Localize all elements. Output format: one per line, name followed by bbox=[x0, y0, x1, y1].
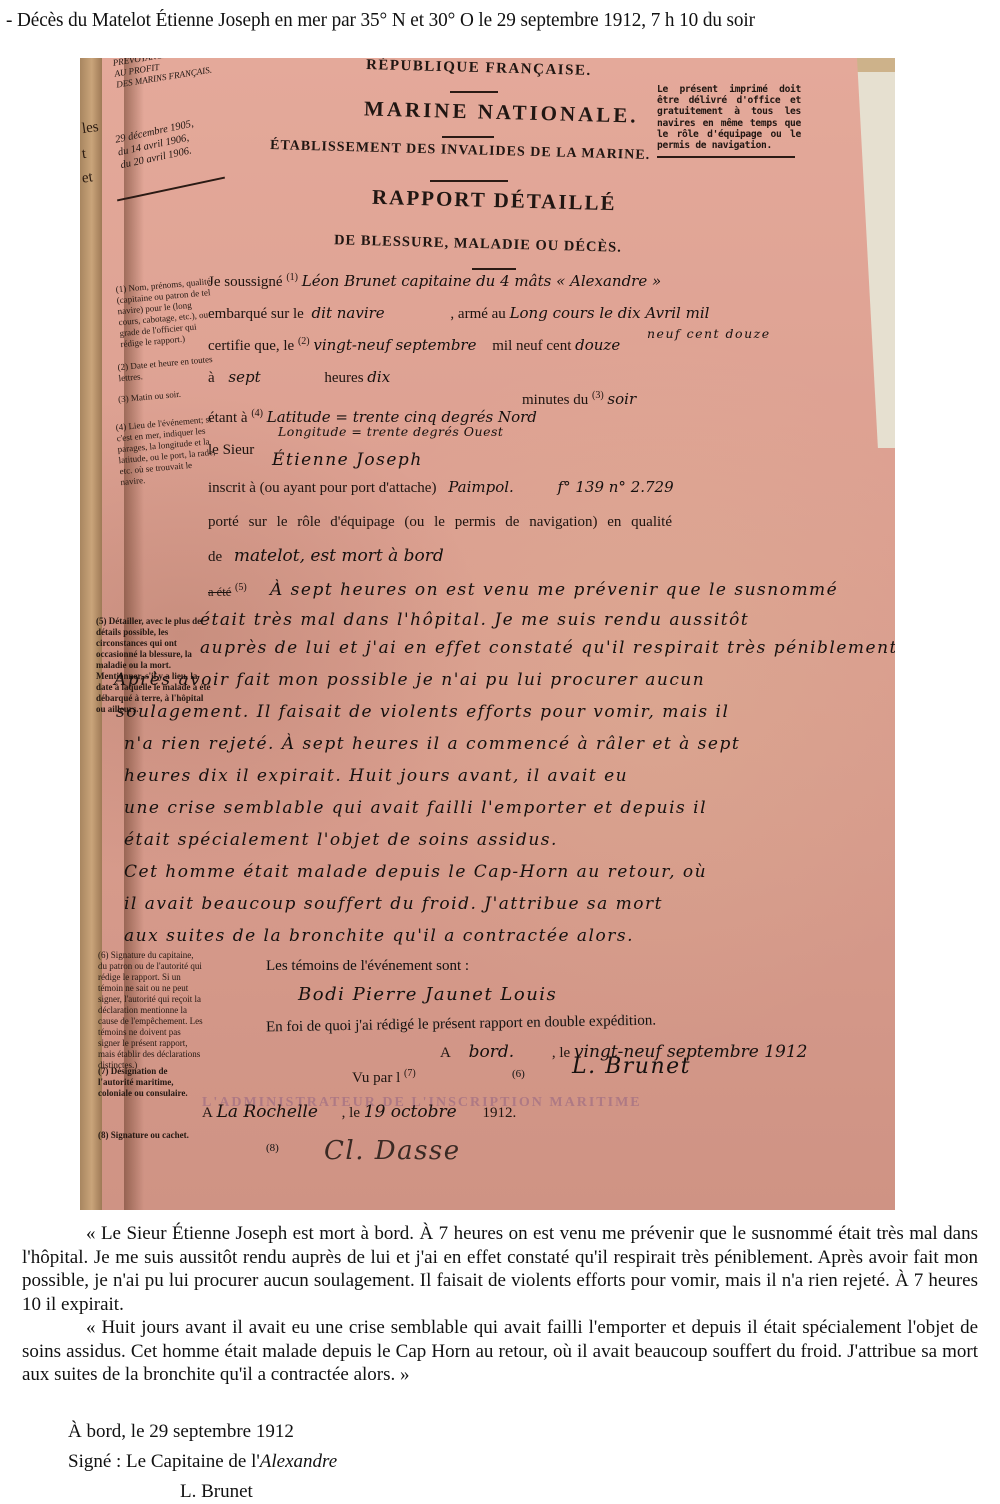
label-certifie: certifie que, le bbox=[208, 338, 294, 354]
narrative-line: une crise semblable qui avait failli l'e… bbox=[124, 798, 707, 818]
header-rapport-detaille: RAPPORT DÉTAILLÉ bbox=[372, 185, 617, 216]
margin-note-5: (5) Détailler, avec le plus de détails p… bbox=[96, 616, 212, 715]
ref-marker: (2) bbox=[298, 336, 310, 347]
narrative-line: Cet homme était malade depuis le Cap-Hor… bbox=[124, 862, 707, 882]
narrative-line: heures dix il expirait. Huit jours avant… bbox=[124, 766, 628, 786]
margin-note-6: (6) Signature du capitaine, du patron ou… bbox=[98, 950, 204, 1071]
transcription-paragraph-1: « Le Sieur Étienne Joseph est mort à bor… bbox=[22, 1222, 978, 1316]
en-foi-label: En foi de quoi j'ai rédigé le présent ra… bbox=[266, 1013, 656, 1037]
value-soussigne: Léon Brunet capitaine du 4 mâts « Alexan… bbox=[302, 272, 661, 290]
form-line-soussigne: Je soussigné (1) Léon Brunet capitaine d… bbox=[208, 272, 661, 291]
label-vu-date: , le bbox=[342, 1105, 360, 1121]
temoins-value: Bodi Pierre Jaunet Louis bbox=[298, 984, 557, 1005]
value-arme: Long cours le dix Avril mil bbox=[510, 304, 710, 322]
ref-vu-signature: (8) bbox=[266, 1142, 279, 1154]
ref-marker: (1) bbox=[286, 272, 298, 283]
authority-signature: Cl. Dasse bbox=[324, 1136, 461, 1166]
label-lieu: A bbox=[440, 1045, 451, 1061]
ref-marker: (5) bbox=[235, 582, 247, 593]
header-rule bbox=[450, 91, 498, 93]
form-line-porte: porté sur le rôle d'équipage (ou le perm… bbox=[208, 514, 672, 531]
ship-name: Alexandre bbox=[260, 1451, 337, 1472]
header-etablissement: ÉTABLISSEMENT DES INVALIDES DE LA MARINE… bbox=[270, 138, 651, 164]
transcription-place-date: À bord, le 29 septembre 1912 bbox=[68, 1417, 337, 1447]
form-line-sieur: le Sieur bbox=[208, 442, 254, 459]
transcription: « Le Sieur Étienne Joseph est mort à bor… bbox=[22, 1222, 978, 1387]
captain-signature: L. Brunet bbox=[572, 1054, 691, 1079]
narrative-line: il avait beaucoup souffert du froid. J'a… bbox=[124, 894, 663, 914]
transcription-paragraph-2: « Huit jours avant il avait eu une crise… bbox=[22, 1316, 978, 1387]
header-rule bbox=[442, 136, 494, 138]
ref-marker: (3) bbox=[592, 390, 604, 401]
ref-marker: (4) bbox=[251, 408, 263, 419]
value-folio: f° 139 n° 2.729 bbox=[558, 478, 674, 496]
label-mil: mil neuf cent bbox=[492, 338, 571, 354]
narrative-line: n'a rien rejeté. À sept heures il a comm… bbox=[124, 734, 740, 754]
narrative-line: auprès de lui et j'ai en effet constaté … bbox=[200, 638, 895, 658]
label-arme: , armé au bbox=[450, 306, 505, 322]
form-line-embarque: embarqué sur le dit navire , armé au Lon… bbox=[208, 304, 709, 323]
form-line-a-ete: a été (5) bbox=[208, 582, 247, 601]
value-soir: soir bbox=[607, 390, 636, 408]
left-page-fragment: t bbox=[81, 146, 87, 163]
label-vu-lieu: A bbox=[202, 1105, 213, 1121]
narrative-line: aux suites de la bronchite qu'il a contr… bbox=[124, 926, 634, 946]
transcription-signer: L. Brunet bbox=[68, 1477, 337, 1504]
narrative-line: Après avoir fait mon possible je n'ai pu… bbox=[114, 670, 705, 690]
notice-box: Le présent imprimé doit être délivré d'o… bbox=[657, 84, 801, 151]
document-title: - Décès du Matelot Étienne Joseph en mer… bbox=[6, 10, 981, 32]
narrative-line: était spécialement l'objet de soins assi… bbox=[124, 830, 558, 850]
value-vu-date: 19 octobre bbox=[364, 1102, 457, 1122]
form-line-inscrit: inscrit à (ou ayant pour port d'attache)… bbox=[208, 478, 674, 497]
value-minutes: dix bbox=[367, 368, 390, 386]
label-sieur: le Sieur bbox=[208, 442, 254, 458]
narrative-line: était très mal dans l'hôpital. Je me sui… bbox=[200, 610, 749, 630]
header-republique: RÉPUBLIQUE FRANÇAISE. bbox=[366, 58, 592, 80]
value-vu-year: 1912. bbox=[482, 1105, 516, 1121]
transcription-signature-block: À bord, le 29 septembre 1912 Signé : Le … bbox=[68, 1417, 337, 1504]
form-line-qualite: de matelot, est mort à bord bbox=[208, 546, 444, 566]
value-heure: sept bbox=[228, 368, 260, 386]
value-date: vingt-neuf septembre bbox=[313, 336, 476, 354]
header-marine-nationale: MARINE NATIONALE. bbox=[364, 96, 639, 128]
notice-rule bbox=[657, 156, 795, 158]
signed-prefix: Signé : Le Capitaine de l' bbox=[68, 1451, 260, 1472]
label-soussigne: Je soussigné bbox=[208, 274, 283, 290]
margin-note-7: (7) Désignation de l'autorité maritime, … bbox=[98, 1066, 204, 1099]
label-de: de bbox=[208, 549, 222, 565]
label-embarque: embarqué sur le bbox=[208, 306, 304, 322]
margin-note-4: (4) Lieu de l'événement; si c'est en mer… bbox=[115, 414, 218, 488]
form-line-heure: à sept heures dix bbox=[208, 368, 390, 387]
label-a: à bbox=[208, 370, 215, 386]
value-sieur: Étienne Joseph bbox=[272, 450, 423, 470]
value-arme-continued: neuf cent douze bbox=[647, 326, 771, 341]
form-line-minutes: minutes du (3) soir bbox=[522, 390, 636, 409]
value-embarque: dit navire bbox=[312, 304, 385, 322]
header-subtitle: DE BLESSURE, MALADIE OU DÉCÈS. bbox=[334, 232, 622, 257]
label-vu-par: Vu par l bbox=[352, 1070, 400, 1086]
label-inscrit: inscrit à (ou ayant pour port d'attache) bbox=[208, 480, 436, 496]
label-heures: heures bbox=[324, 370, 363, 386]
form-line-certifie: certifie que, le (2) vingt-neuf septembr… bbox=[208, 336, 620, 355]
pink-form-page: PRÉVOYANCE AU PROFIT DES MARINS FRANÇAIS… bbox=[102, 58, 895, 1210]
value-vu-lieu: La Rochelle bbox=[217, 1102, 318, 1122]
underlying-sheet-edge bbox=[857, 58, 895, 448]
left-page-fragment: et bbox=[81, 169, 94, 187]
value-year: douze bbox=[575, 336, 620, 354]
ref-signature: (6) bbox=[512, 1068, 525, 1080]
left-page-fragment: les bbox=[81, 119, 100, 138]
label-porte: porté sur le rôle d'équipage (ou le perm… bbox=[208, 514, 672, 530]
form-line-vu-par: Vu par l (7) bbox=[352, 1068, 416, 1087]
label-date: , le bbox=[552, 1045, 570, 1061]
header-rule bbox=[472, 268, 516, 270]
narrative-line: soulagement. Il faisait de violents effo… bbox=[116, 702, 729, 722]
transcription-signed-line: Signé : Le Capitaine de l'Alexandre bbox=[68, 1447, 337, 1477]
value-port: Paimpol. bbox=[448, 478, 514, 496]
margin-note-8: (8) Signature ou cachet. bbox=[98, 1130, 204, 1141]
header-rule bbox=[430, 180, 508, 182]
label-a-ete: a été bbox=[208, 585, 231, 599]
label-minutes: minutes du bbox=[522, 392, 588, 408]
value-qualite: matelot, est mort à bord bbox=[234, 546, 444, 566]
margin-heading: PRÉVOYANCE AU PROFIT DES MARINS FRANÇAIS… bbox=[112, 58, 265, 91]
archival-document-photo: les t et PRÉVOYANCE AU PROFIT DES MARINS… bbox=[80, 58, 895, 1210]
value-longitude: Longitude = trente degrés Ouest bbox=[278, 424, 503, 439]
ref-marker: (7) bbox=[404, 1068, 416, 1079]
label-etant: étant à bbox=[208, 410, 248, 426]
margin-note-1: (1) Nom, prénoms, qualité (capitaine ou … bbox=[115, 276, 218, 350]
narrative-line: À sept heures on est venu me prévenir qu… bbox=[270, 580, 838, 600]
form-line-vu-lieu: A La Rochelle , le 19 octobre 1912. bbox=[202, 1102, 516, 1122]
temoins-label: Les témoins de l'événement sont : bbox=[266, 958, 469, 975]
value-lieu: bord. bbox=[469, 1042, 515, 1062]
